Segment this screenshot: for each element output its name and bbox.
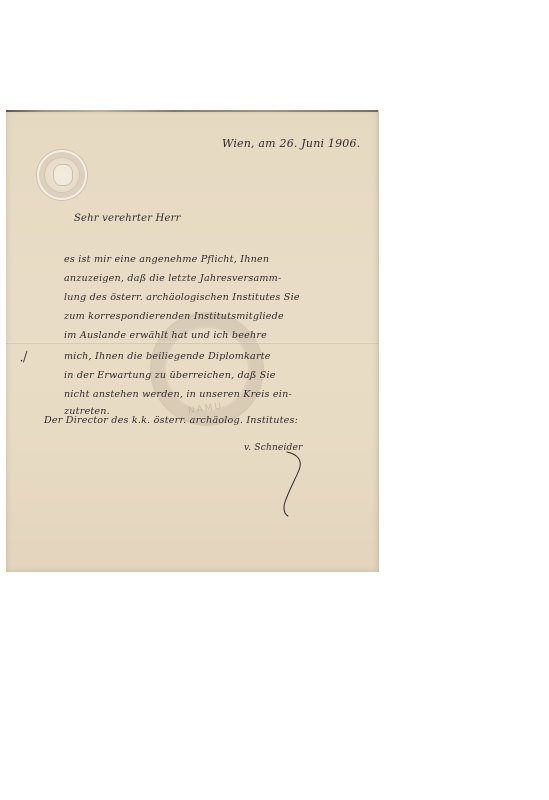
body-line: es ist mir eine angenehme Pflicht, Ihnen [64, 254, 269, 265]
body-line: lung des österr. archäologischen Institu… [64, 292, 300, 303]
date-line: Wien, am 26. Juni 1906. [222, 137, 360, 150]
fold-line [6, 342, 378, 344]
letter-page: NAMU Wien, am 26. Juni 1906. Sehr verehr… [6, 110, 379, 572]
closing-line: Der Director des k.k. österr. archäolog.… [44, 415, 298, 426]
seal-emblem-icon [53, 164, 73, 186]
embossed-seal-icon [37, 150, 87, 200]
body-line: nicht anstehen werden, in unseren Kreis … [64, 389, 292, 400]
page-top-edge [6, 110, 378, 112]
margin-mark: ./ [18, 349, 29, 365]
body-line: zum korrespondierenden Institutsmitglied… [64, 311, 284, 322]
signature-flourish-icon [281, 450, 311, 520]
salutation: Sehr verehrter Herr [74, 213, 181, 224]
body-line: in der Erwartung zu überreichen, daß Sie [64, 370, 276, 381]
body-line: im Auslande erwählt hat und ich beehre [64, 330, 267, 341]
body-line: mich, Ihnen die beiliegende Diplomkarte [64, 351, 271, 362]
body-line: anzuzeigen, daß die letzte Jahresversamm… [64, 273, 281, 284]
